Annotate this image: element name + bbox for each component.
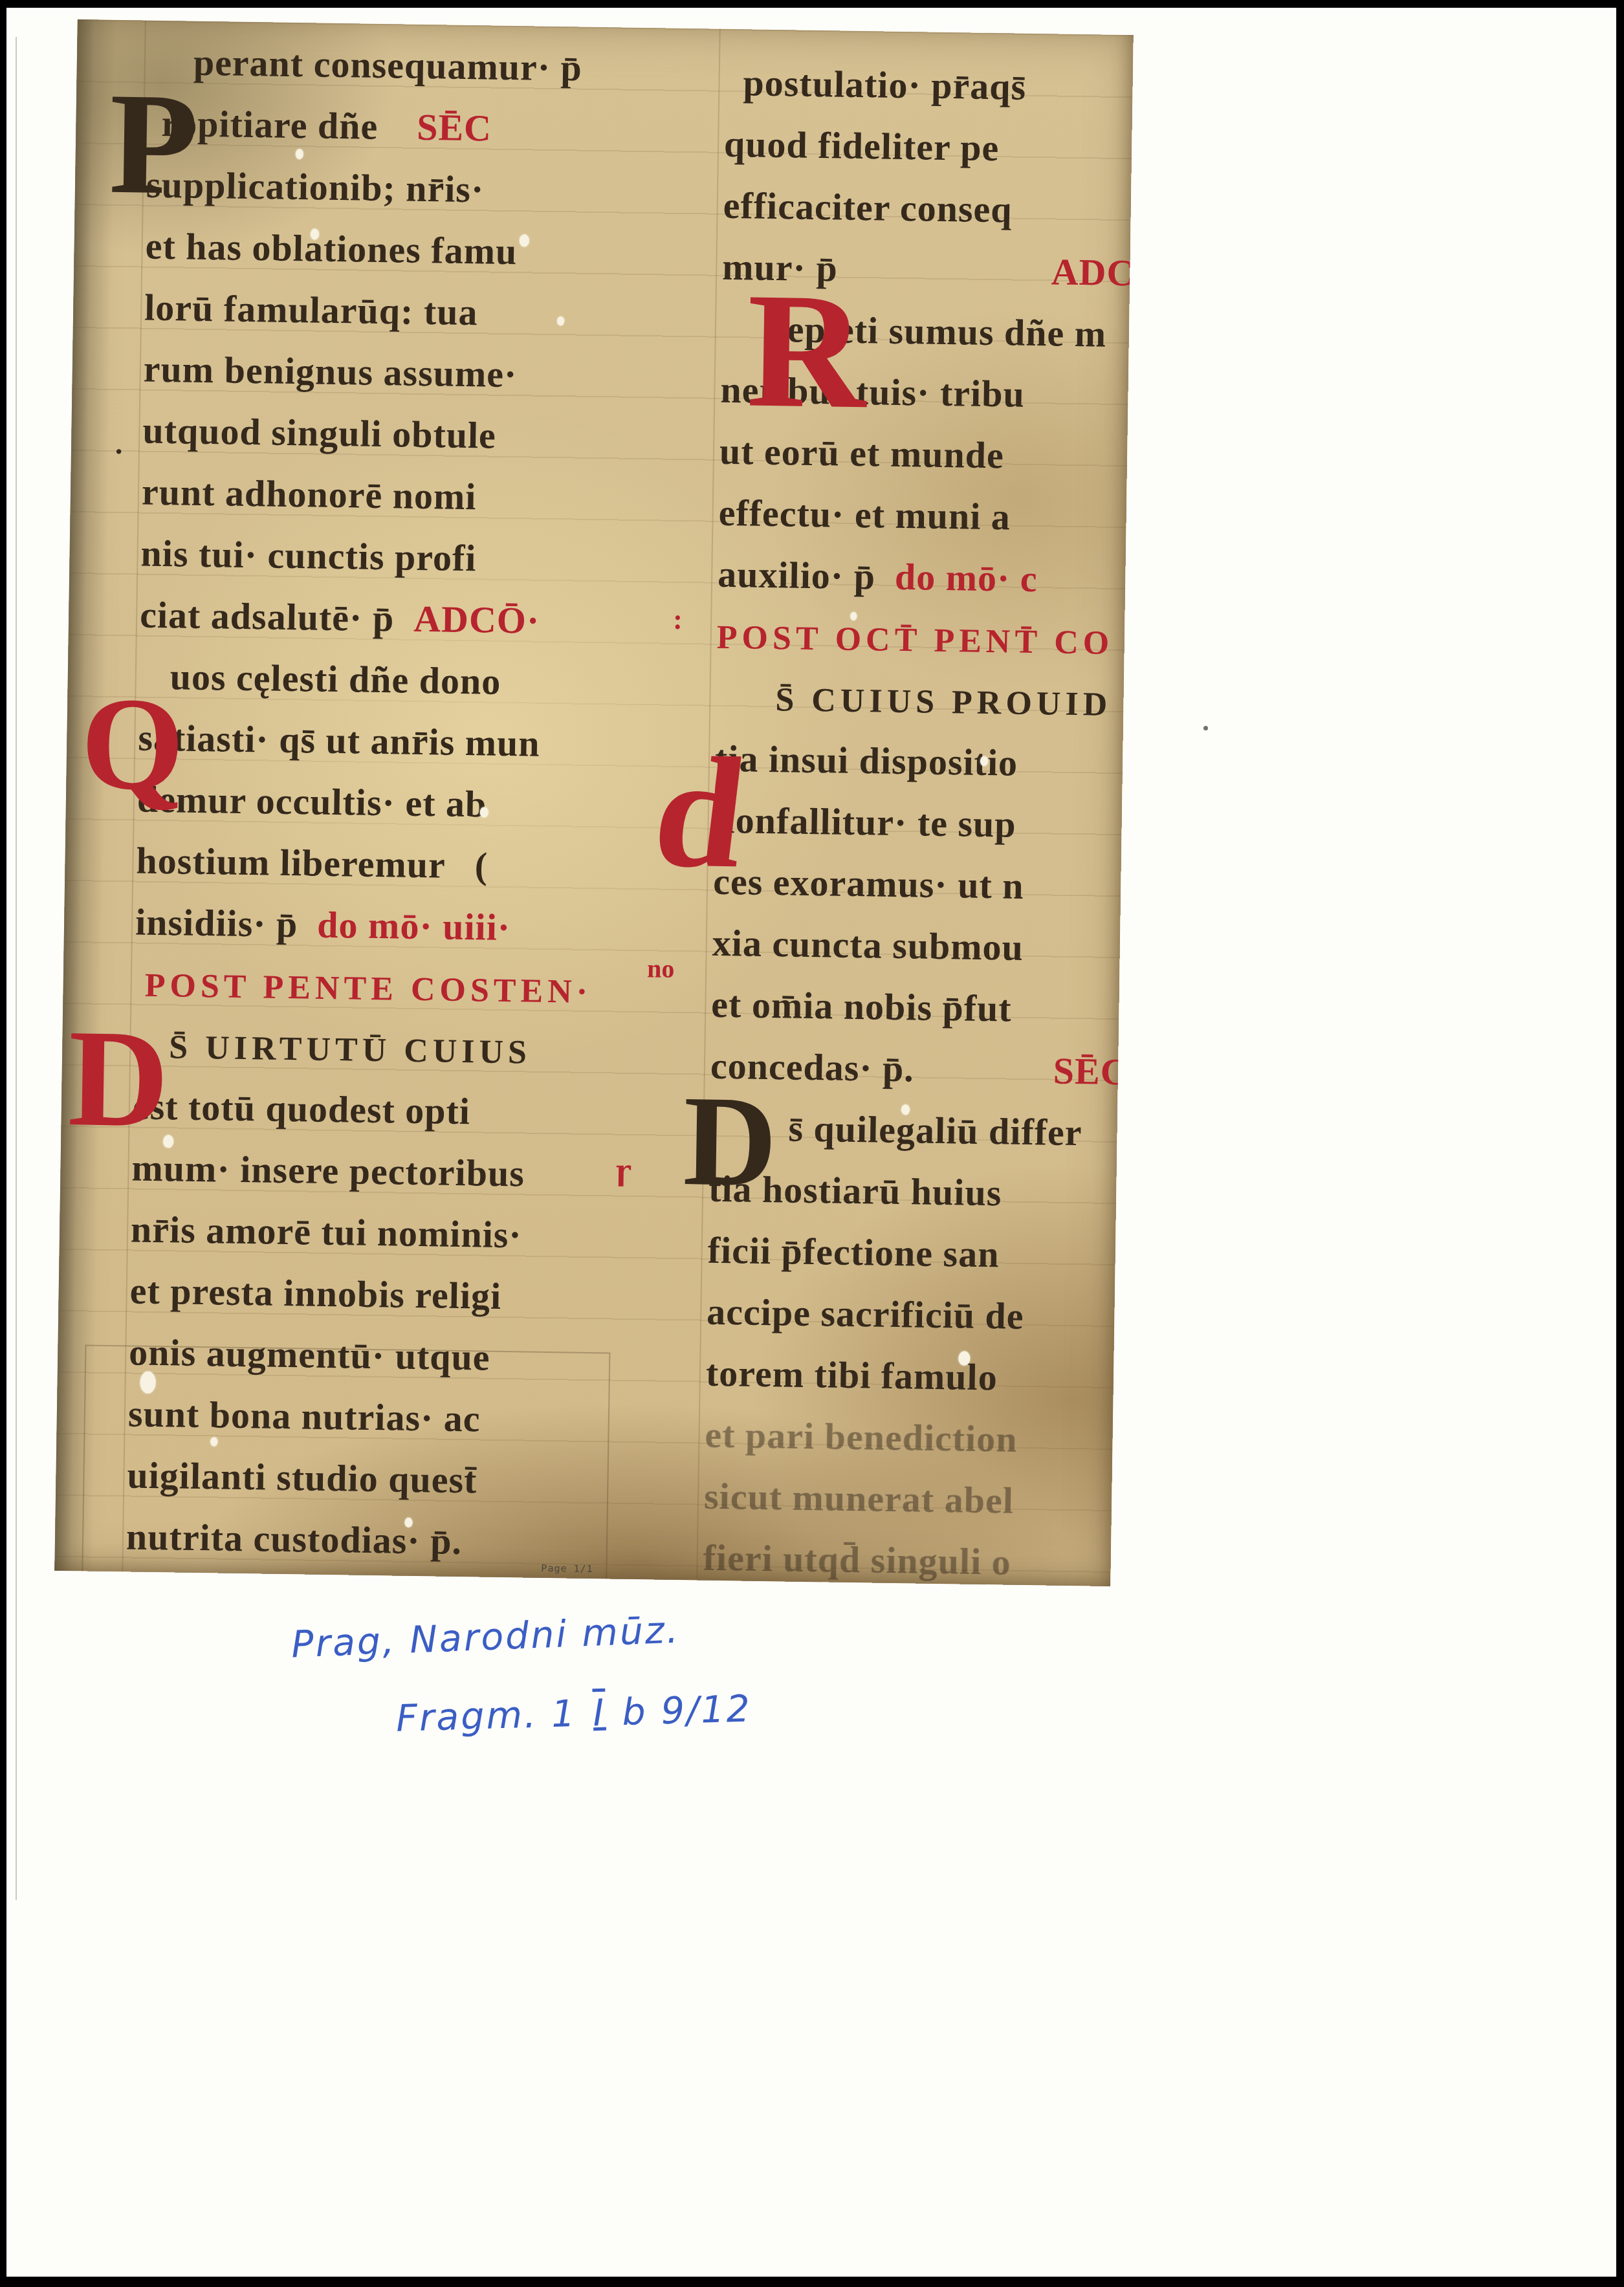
manuscript-text: ( (474, 835, 488, 896)
manuscript-line: et om̄ia nobis p̄fut (711, 974, 1126, 1041)
manuscript-text: perant consequamur· p̄ (193, 32, 582, 99)
text-column-left: perant consequamur· p̄ropitiare dñeSĒCsu… (126, 31, 718, 1576)
manuscript-line: S̄ UIRTUTŪ CUIUS (133, 1014, 703, 1084)
manuscript-line: runt adhonorē nomi (141, 461, 711, 531)
manuscript-text: mum· insere pectoribus (131, 1137, 525, 1204)
manuscript-text: sicut munerat abel (703, 1465, 1014, 1531)
manuscript-text: torem tibi famulo (705, 1342, 998, 1408)
manuscript-line: effectu· et muni a (718, 482, 1133, 549)
initial-letter: D (67, 1021, 170, 1137)
manuscript-text: satiasti· qs̄ ut anr̄is mun (138, 707, 541, 774)
manuscript-text: ficii p̄fectione san (707, 1220, 1000, 1286)
manuscript-line: demur occultis· et ab (137, 769, 707, 838)
manuscript-line: accipe sacrificiū de (707, 1281, 1121, 1348)
manuscript-line: hostium liberemur( (136, 830, 706, 900)
photo-page-caption: Page 1/1 (541, 1562, 593, 1575)
manuscript-line: xia cuncta submou (712, 912, 1126, 979)
manuscript-text: fieri utqd̄ singuli o (703, 1527, 1011, 1586)
manuscript-line: satiasti· qs̄ ut anr̄is mun (138, 707, 708, 777)
manuscript-line: ropitiare dñeSĒC (147, 93, 717, 162)
initial-letter: P (109, 83, 199, 204)
rubric-text: SĒC (1053, 1040, 1128, 1103)
initial-letter: D (683, 1088, 778, 1196)
note-shelfmark-prefix: Fragm. 1 (395, 1692, 591, 1740)
margin-mark: ꞅ (615, 1155, 631, 1188)
manuscript-text: S̄ CUIUS PROUID (775, 669, 1112, 736)
manuscript-line: quod fideliter pe (723, 113, 1133, 181)
manuscript-line: torem tibi famulo (705, 1342, 1120, 1410)
manuscript-text: ces exoramus· ut n (713, 851, 1025, 917)
rubric-text: POST OCT̄ PENT̄ CO (716, 607, 1114, 674)
manuscript-line: efficaciter conseq (723, 175, 1134, 242)
manuscript-line: perant consequamur· p̄ (148, 31, 718, 101)
manuscript-line: fieri utqd̄ singuli o (703, 1527, 1117, 1586)
manuscript-line: et pari benediction (705, 1404, 1119, 1471)
catalog-sheet: perant consequamur· p̄ropitiare dñeSĒCsu… (6, 8, 1616, 2277)
rubric-text: do mō· uiii· (317, 894, 511, 958)
manuscript-line: auxilio· p̄do mō· c (718, 543, 1132, 611)
manuscript-line: POST PENTE COSTEN· (134, 953, 704, 1023)
manuscript-line: postulatio· pr̄aqs̄ (725, 52, 1134, 119)
manuscript-line: nis tui· cunctis profi (140, 523, 710, 593)
manuscript-text: s̄ quilegaliū differ (788, 1098, 1082, 1164)
manuscript-text: nr̄is amorē tui nominis· (130, 1198, 522, 1265)
note-shelfmark-suffix: b 9/12 (608, 1687, 752, 1734)
manuscript-line: rum benignus assume· (143, 338, 713, 408)
manuscript-line: est totū quodest opti (132, 1075, 702, 1145)
manuscript-line: et presta innobis religi (129, 1260, 699, 1330)
manuscript-text: uos cęlesti dñe dono (170, 646, 501, 712)
manuscript-text: quod fideliter pe (723, 113, 1000, 179)
manuscript-line: insidiis· p̄do mō· uiii· (135, 892, 705, 961)
manuscript-text: et pari benediction (705, 1404, 1018, 1470)
manuscript-text: S̄ UIRTUTŪ CUIUS (169, 1016, 532, 1083)
rubric-text: POST PENTE COSTEN· (144, 955, 593, 1023)
manuscript-text: effectu· et muni a (718, 482, 1011, 548)
manuscript-text: postulatio· pr̄aqs̄ (743, 52, 1027, 117)
manuscript-text: insidiis· p̄ (135, 892, 298, 956)
manuscript-text: et presta innobis religi (129, 1260, 502, 1327)
manuscript-text: et om̄ia nobis p̄fut (711, 974, 1013, 1040)
dust-speck (1203, 726, 1208, 730)
rubric-text: SĒC (416, 96, 492, 159)
manuscript-text: tia insui dispositio (714, 728, 1018, 794)
manuscript-line: supplicationib; nr̄is· (146, 154, 716, 224)
manuscript-line: utquod singuli obtule (142, 400, 712, 470)
manuscript-photo: perant consequamur· p̄ropitiare dñeSĒCsu… (54, 19, 1133, 1586)
manuscript-text: hostium liberemur (136, 830, 446, 896)
manuscript-text: efficaciter conseq (723, 175, 1013, 241)
manuscript-text: est totū quodest opti (132, 1075, 470, 1142)
manuscript-text: demur occultis· et ab (137, 769, 487, 835)
manuscript-line: nr̄is amorē tui nominis· (130, 1198, 700, 1268)
handwritten-note-line2: Fragm. 1 I b 9/12 (395, 1687, 752, 1740)
manuscript-text: auxilio· p̄ (718, 543, 876, 607)
manuscript-line: POST OCT̄ PENT̄ CO (716, 605, 1131, 672)
handwritten-note-line1: Prag, Narodni mūz. (291, 1608, 681, 1666)
initial-letter: R (746, 283, 867, 420)
scan-edge-line (16, 37, 17, 1900)
rubric-text: do mō· c (894, 546, 1038, 609)
manuscript-line: nonfallitur· te sup (714, 789, 1128, 857)
manuscript-line: ciat adsalutē· p̄ADCŌ· (140, 584, 710, 654)
initial-letter: d (648, 748, 752, 879)
manuscript-line: sicut munerat abel (703, 1465, 1118, 1533)
manuscript-line: et has oblationes famu (145, 215, 715, 285)
note-shelfmark-roman-numeral: I (590, 1692, 609, 1735)
manuscript-text: et has oblationes famu (145, 215, 518, 283)
margin-mark: no (647, 953, 675, 984)
manuscript-line: S̄ CUIUS PROUID (716, 666, 1130, 734)
scanned-page: perant consequamur· p̄ropitiare dñeSĒCsu… (0, 0, 1624, 2287)
manuscript-text: nis tui· cunctis profi (140, 523, 477, 589)
manuscript-text: rum benignus assume· (143, 338, 518, 406)
manuscript-text: accipe sacrificiū de (707, 1281, 1025, 1347)
manuscript-text: runt adhonorē nomi (141, 461, 477, 528)
manuscript-text: xia cuncta submou (712, 912, 1024, 978)
margin-mark: · (114, 434, 124, 468)
manuscript-text: lorū famularūq: tua (144, 277, 479, 344)
manuscript-text: nonfallitur· te sup (714, 789, 1016, 855)
manuscript-text: ciat adsalutē· p̄ (140, 584, 395, 650)
rubric-text: ADCO (1051, 241, 1134, 304)
manuscript-text: utquod singuli obtule (142, 400, 497, 466)
manuscript-line: ces exoramus· ut n (713, 851, 1128, 918)
manuscript-line: ficii p̄fectione san (707, 1220, 1122, 1287)
manuscript-line: tia insui dispositio (714, 728, 1129, 795)
rubric-text: ADCŌ· (413, 588, 541, 651)
margin-mark: : (673, 603, 683, 636)
initial-letter: Q (80, 689, 185, 799)
manuscript-line: uos cęlesti dñe dono (138, 646, 708, 716)
pencil-frame (82, 1344, 610, 1582)
manuscript-line: lorū famularūq: tua (144, 277, 714, 347)
